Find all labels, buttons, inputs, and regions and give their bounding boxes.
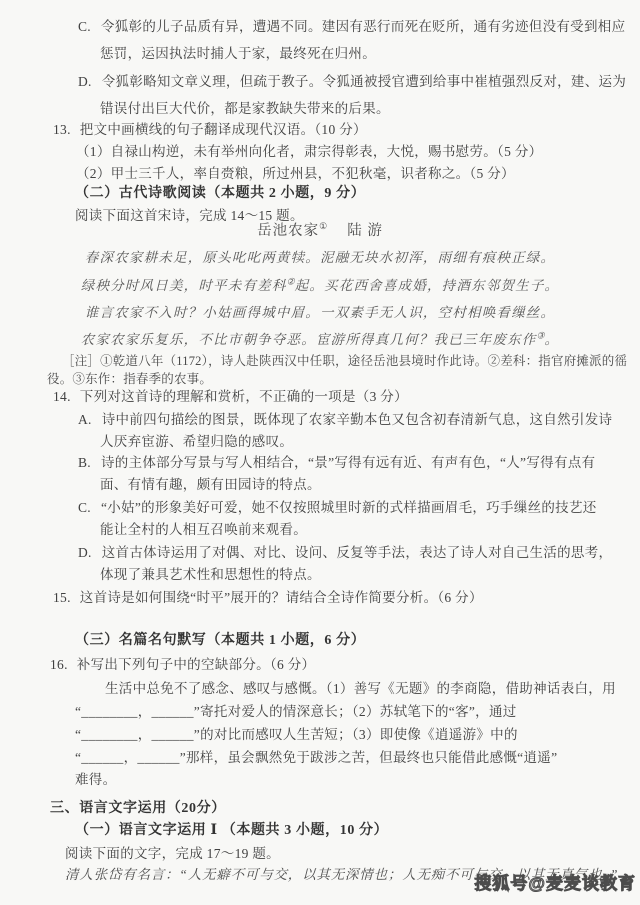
question-13-title: 把文中画横线的句子翻译成现代汉语。（10 分）	[80, 122, 367, 137]
poem-line-2b: 起。买花西舍喜成婚，持酒东邻贺生子。	[295, 278, 560, 293]
poem-line-2a: 绿秧分时风日美，时平未有差科	[81, 278, 287, 293]
option-a-line1: A.诗中前四句描绘的图景，既体现了农家辛勤本色又包含初春清新气息，这自然引发诗	[78, 410, 612, 429]
option-d-line1: D.令狐彰略知文章义理，但疏于教子。令狐通被授官遭到给事中崔植强烈反对，建、运为	[78, 72, 626, 91]
option-c14-text: “小姑”的形象美好可爱，她不仅按照城里时新的式样描画眉毛，巧手缫丝的技艺还	[101, 500, 597, 515]
question-13-sub2: （2）甲士三千人，率自赍粮，所过州县，不犯秋毫，识者称之。（5 分）	[76, 164, 515, 183]
question-14: 14.下列对这首诗的理解和赏析，不正确的一项是（3 分）	[53, 387, 408, 406]
option-c-text: 令狐彰的儿子品质有异，遭遇不同。建因有恶行而死在贬所，通有劣迹但没有受到相应	[101, 19, 625, 34]
exam-paper-page: C.令狐彰的儿子品质有异，遭遇不同。建因有恶行而死在贬所，通有劣迹但没有受到相应…	[0, 0, 640, 905]
poem-line-1: 春深农家耕未足，原头叱叱两黄犊。泥融无块水初浑，雨细有痕秧正绿。	[10, 248, 630, 267]
option-d14-line2: 体现了兼具艺术性和思想性的特点。	[100, 565, 321, 584]
option-a-line2: 人厌弃宦游、希望归隐的感叹。	[100, 432, 293, 451]
option-d14-text: 这首古体诗运用了对偶、对比、设问、反复等手法，表达了诗人对自己生活的思考，	[102, 545, 613, 560]
option-c14-label: C.	[78, 498, 101, 517]
poem-line-3: 谁言农家不入时？小姑画得城中眉。一双素手无人识，空村相唤看缫丝。	[10, 303, 630, 322]
question-16-para-line2: “________，______”寄托对爱人的情深意长；（2）苏轼笔下的“客”，…	[75, 702, 517, 721]
question-13-number: 13.	[53, 120, 80, 139]
poem-line-4b: 。	[545, 332, 560, 347]
option-d-text: 令狐彰略知文章义理，但疏于教子。令狐通被授官遭到给事中崔植强烈反对，建、运为	[102, 74, 626, 89]
poem-title-line: 岳池农家①陆 游	[10, 222, 630, 241]
question-14-title: 下列对这首诗的理解和赏析，不正确的一项是（3 分）	[80, 389, 408, 404]
option-b-line2: 面、有情有趣，颇有田园诗的特点。	[100, 475, 321, 494]
option-b-text: 诗的主体部分写景与写人相结合，“景”写得有远有近、有声有色，“人”写得有点有	[101, 455, 595, 470]
option-d14-line1: D.这首古体诗运用了对偶、对比、设问、反复等手法，表达了诗人对自己生活的思考，	[78, 543, 612, 562]
question-16-para-line5: 难得。	[75, 770, 116, 789]
option-b-label: B.	[78, 453, 101, 472]
section-2-header: （二）古代诗歌阅读（本题共 2 小题，9 分）	[75, 184, 365, 203]
question-16-para-line4: “______，______”那样，虽会飘然免于跋涉之苦，但最终也只能借此感慨“…	[75, 748, 557, 767]
question-16-title: 补写出下列句子中的空缺部分。（6 分）	[77, 657, 316, 672]
poem-author: 陆 游	[347, 223, 383, 239]
option-d-line2: 错误付出巨大代价，都是家教缺失带来的后果。	[100, 99, 390, 118]
option-a-label: A.	[78, 410, 102, 429]
option-c-label: C.	[78, 17, 101, 36]
question-15: 15.这首诗是如何围绕“时平”展开的？请结合全诗作简要分析。（6 分）	[53, 588, 483, 607]
question-15-title: 这首诗是如何围绕“时平”展开的？请结合全诗作简要分析。（6 分）	[80, 590, 483, 605]
option-d-label: D.	[78, 72, 102, 91]
part-3-intro: 阅读下面的文字，完成 17～19 题。	[65, 844, 280, 863]
poem-line-2: 绿秧分时风日美，时平未有差科②起。买花西舍喜成婚，持酒东邻贺生子。	[10, 276, 630, 295]
poem-note-3-marker: ③	[536, 331, 544, 341]
part-3-header: 三、语言文字运用（20分）	[50, 799, 226, 818]
poem-note-2-marker: ②	[287, 277, 295, 287]
option-d14-label: D.	[78, 543, 102, 562]
question-14-number: 14.	[53, 387, 80, 406]
question-16: 16.补写出下列句子中的空缺部分。（6 分）	[50, 655, 315, 674]
poem-line-4: 农家农家乐复乐，不比市朝争夺恶。宦游所得真几何？我已三年废东作③。	[10, 330, 630, 349]
option-c14-line2: 能让全村的人相互召唤前来观看。	[100, 520, 307, 539]
section-3-header: （三）名篇名句默写（本题共 1 小题，6 分）	[75, 631, 365, 650]
question-13-sub1: （1）自禄山构逆，未有举州向化者，肃宗得彰表，大悦，赐书慰劳。（5 分）	[76, 142, 542, 161]
poem-line-4a: 农家农家乐复乐，不比市朝争夺恶。宦游所得真几何？我已三年废东作	[81, 332, 537, 347]
option-c14-line1: C.“小姑”的形象美好可爱，她不仅按照城里时新的式样描画眉毛，巧手缫丝的技艺还	[78, 498, 597, 517]
souhu-watermark: 搜狐号@麦麦谈教育	[474, 869, 636, 894]
option-b-line1: B.诗的主体部分写景与写人相结合，“景”写得有远有近、有声有色，“人”写得有点有	[78, 453, 595, 472]
question-13: 13.把文中画横线的句子翻译成现代汉语。（10 分）	[53, 120, 367, 139]
option-c-line1: C.令狐彰的儿子品质有异，遭遇不同。建因有恶行而死在贬所，通有劣迹但没有受到相应	[78, 17, 625, 36]
question-16-para-line1: 生活中总免不了感念、感叹与感慨。（1）善写《无题》的李商隐，借助神话表白，用	[105, 679, 616, 698]
option-a-text: 诗中前四句描绘的图景，既体现了农家辛勤本色又包含初春清新气息，这自然引发诗	[102, 412, 613, 427]
question-16-para-line3: “________，______”的对比而感叹人生苦短；（3）即使像《逍遥游》中…	[75, 725, 518, 744]
poem-footnote-line1: ［注］①乾道八年（1172），诗人赴陕西汉中任职，途径岳池县境时作此诗。②差科：…	[62, 352, 627, 371]
poem-title-note-marker: ①	[319, 221, 327, 231]
poem-title: 岳池农家	[257, 223, 319, 239]
part-3-sub-header: （一）语言文字运用 Ⅰ （本题共 3 小题，10 分）	[75, 821, 388, 840]
question-15-number: 15.	[53, 588, 80, 607]
option-c-line2: 惩罚，运因执法时捕人于家，最终死在归州。	[100, 44, 376, 63]
question-16-number: 16.	[50, 655, 77, 674]
